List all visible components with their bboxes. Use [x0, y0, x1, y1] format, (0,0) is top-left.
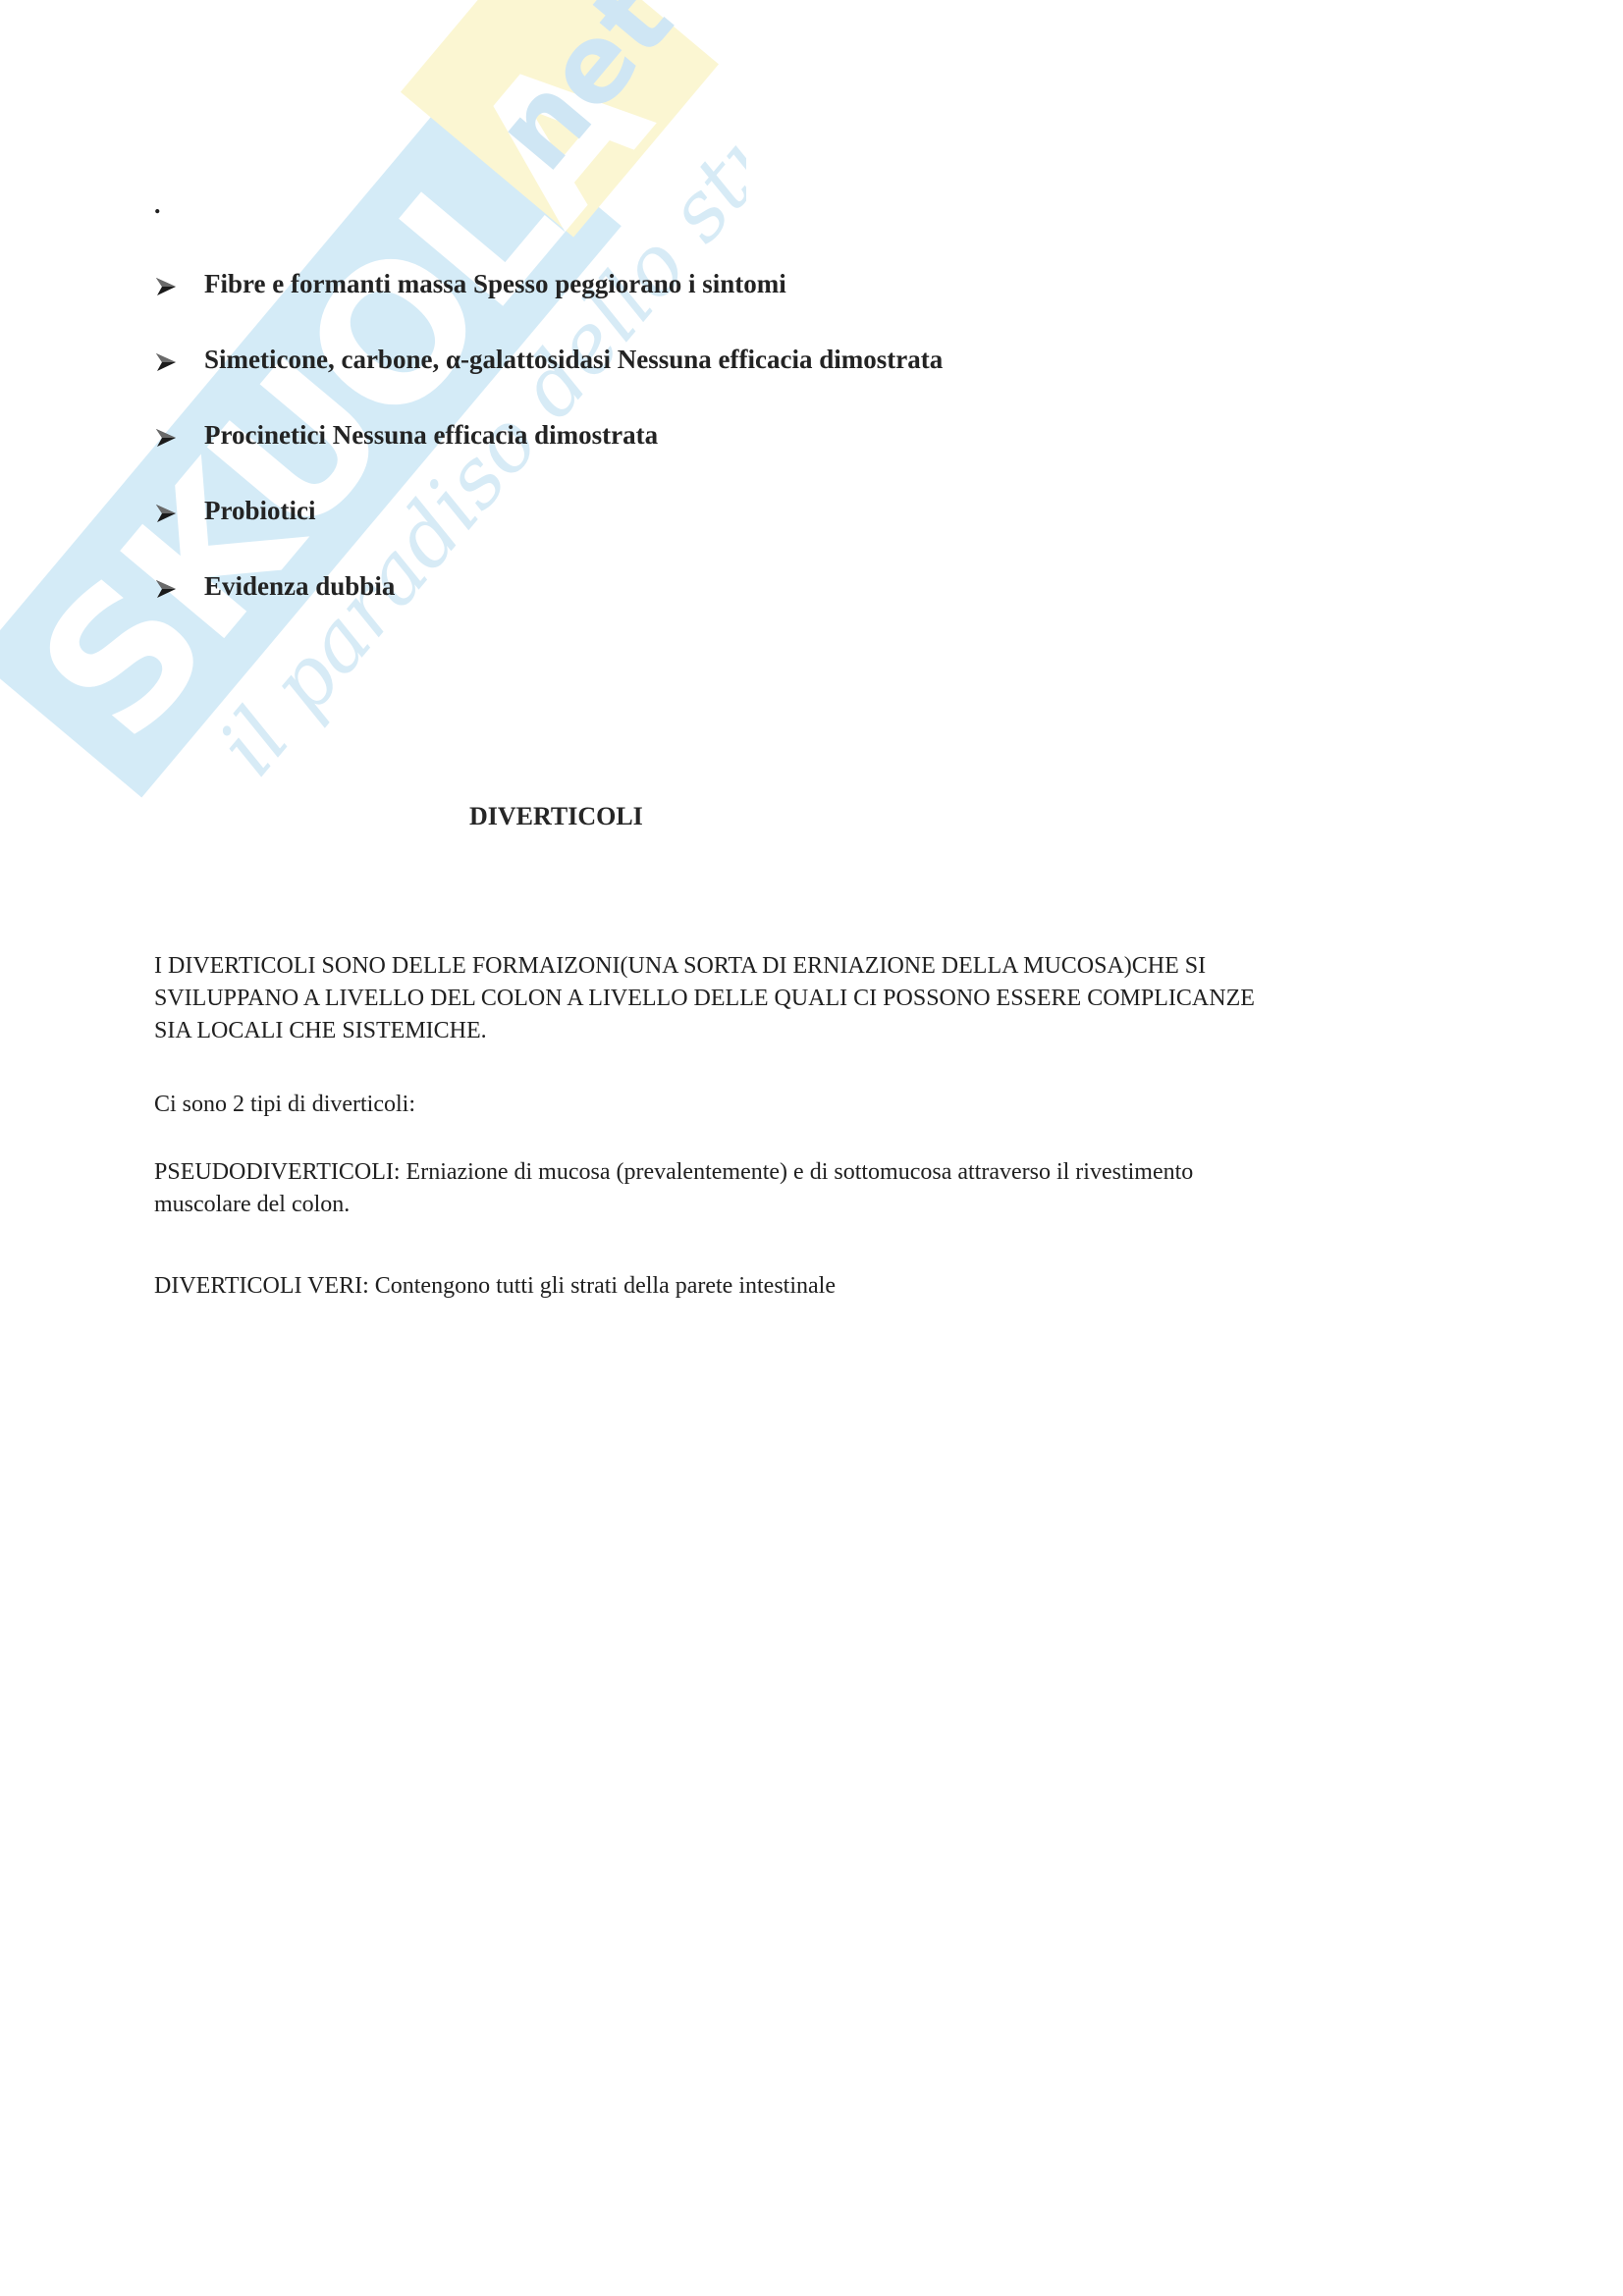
- paragraph-line: SIA LOCALI CHE SISTEMICHE.: [154, 1015, 1255, 1047]
- bullet-text: Probiotici: [204, 498, 315, 524]
- paragraph-line: I DIVERTICOLI SONO DELLE FORMAIZONI(UNA …: [154, 950, 1255, 983]
- pseudodiverticoli-paragraph: PSEUDODIVERTICOLI: Erniazione di mucosa …: [154, 1156, 1193, 1221]
- types-intro-paragraph: Ci sono 2 tipi di diverticoli:: [154, 1089, 415, 1121]
- bullet-text: Procinetici Nessuna efficacia dimostrata: [204, 422, 658, 449]
- arrowhead-bullet-icon: [155, 352, 177, 372]
- bullet-text: Evidenza dubbia: [204, 573, 395, 600]
- arrowhead-bullet-icon: [155, 504, 177, 523]
- stray-period: .: [154, 192, 161, 218]
- bullet-text: Fibre e formanti massa Spesso peggiorano…: [204, 271, 786, 297]
- arrowhead-bullet-icon: [155, 428, 177, 448]
- document-page: . Fibre e formanti massa Spesso peggiora…: [0, 0, 1623, 2296]
- section-heading: DIVERTICOLI: [469, 804, 643, 829]
- intro-paragraph: I DIVERTICOLI SONO DELLE FORMAIZONI(UNA …: [154, 950, 1255, 1047]
- paragraph-line: PSEUDODIVERTICOLI: Erniazione di mucosa …: [154, 1156, 1193, 1189]
- paragraph-line: SVILUPPANO A LIVELLO DEL COLON A LIVELLO…: [154, 983, 1255, 1015]
- paragraph-line: muscolare del colon.: [154, 1189, 1193, 1221]
- arrowhead-bullet-icon: [155, 579, 177, 599]
- arrowhead-bullet-icon: [155, 277, 177, 296]
- diverticoli-veri-paragraph: DIVERTICOLI VERI: Contengono tutti gli s…: [154, 1270, 836, 1303]
- bullet-text: Simeticone, carbone, α-galattosidasi Nes…: [204, 347, 943, 373]
